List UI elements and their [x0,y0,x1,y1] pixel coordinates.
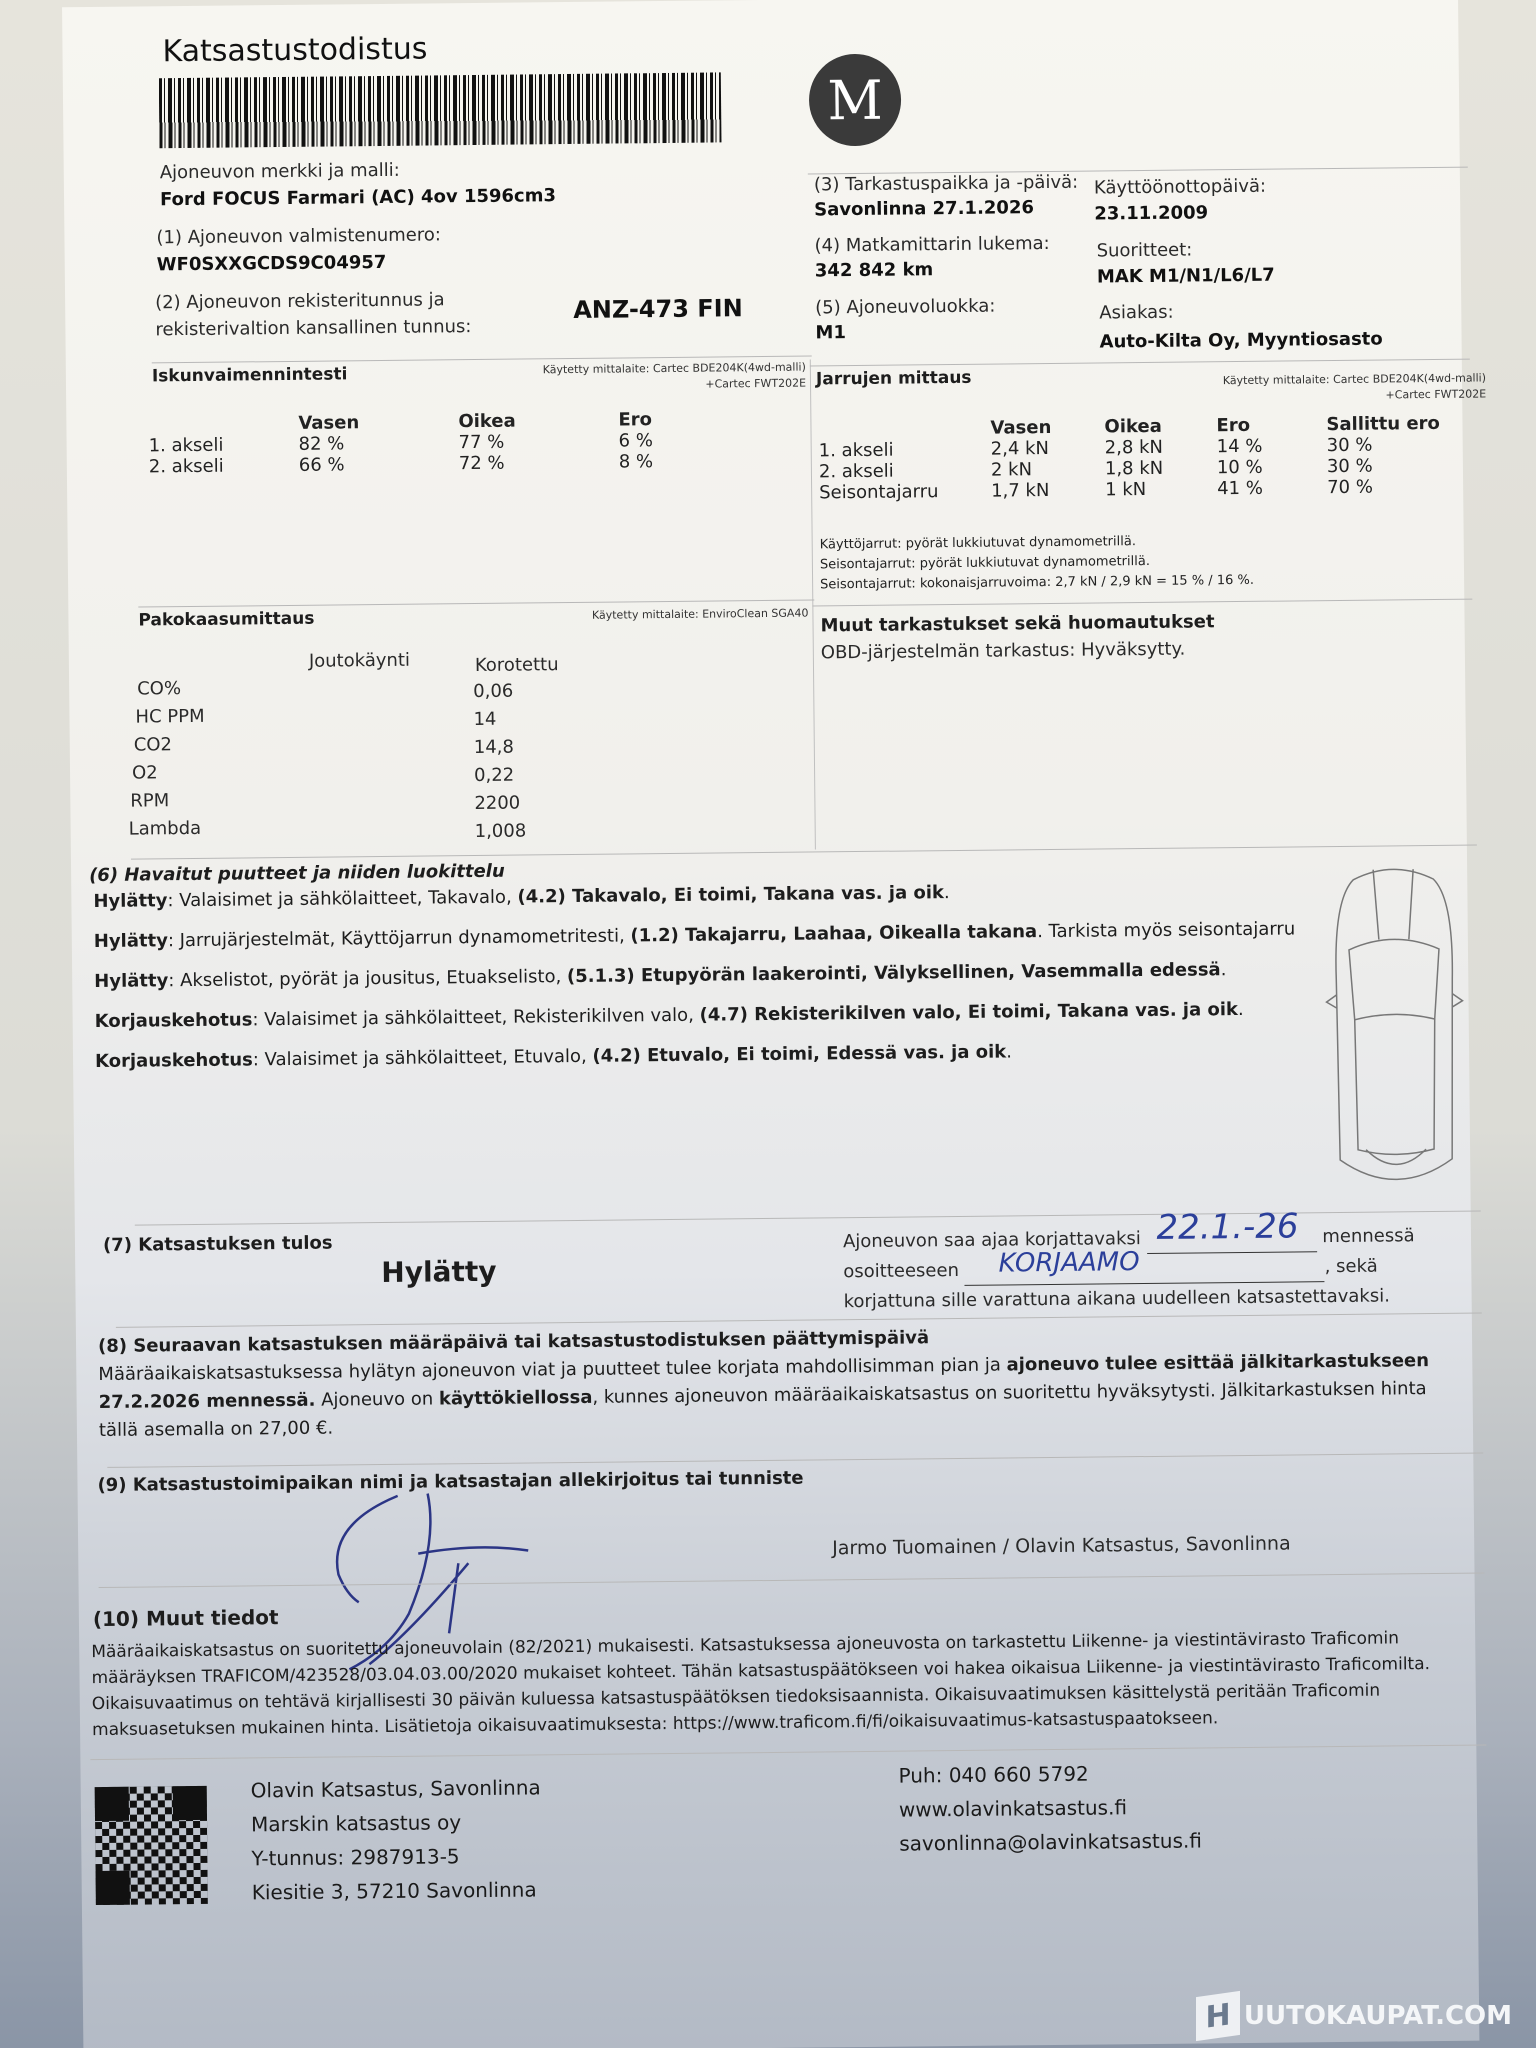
performed-value: MAK M1/N1/L6/L7 [1097,265,1275,288]
defects-section: (6) Havaitut puutteet ja niiden luokitte… [93,850,1295,1089]
first-use-label: Käyttöönottopäivä: [1094,176,1266,199]
defect-item: Hylätty: Akselistot, pyörät ja jousitus,… [94,957,1274,995]
phone: Puh: 040 660 5792 [898,1755,1201,1792]
brake-test-device: Käytetty mittalaite: Cartec BDE204K(4wd-… [1146,370,1486,406]
odometer-label: (4) Matkamittarin lukema: [814,233,1049,256]
next-inspection-section: (8) Seuraavan katsastuksen määräpäivä ta… [98,1319,1449,1445]
next-inspection-text: Määräaikaiskatsastuksessa hylätyn ajoneu… [98,1347,1449,1445]
result-title: (7) Katsastuksen tulos [103,1233,333,1256]
brake-notes: Käyttöjarrut: pyörät lukkiutuvat dynamom… [820,531,1254,596]
vin-value: WF0SXXGCDS9C04957 [157,252,387,275]
result-value: Hylätty [381,1255,497,1289]
make-model-label: Ajoneuvon merkki ja malli: [160,160,400,184]
handwritten-address: KORJAAMO [998,1247,1139,1278]
brake-test-table: Vasen Oikea Ero Sallittu ero 1. akseli 2… [818,413,1457,504]
website-link[interactable]: www.olavinkatsastus.fi [899,1789,1202,1826]
make-model-value: Ford FOCUS Farmari (AC) 4ov 1596cm3 [160,185,556,210]
other-checks-text: OBD-järjestelmän tarkastus: Hyväksytty. [821,639,1186,664]
shock-test-title: Iskunvaimennintesti [152,364,348,386]
other-info-text: Määräaikaiskatsastus on suoritettu ajone… [91,1625,1482,1744]
document-title: Katsastustodistus [162,31,427,69]
exhaust-device: Käytetty mittalaite: EnviroClean SGA40 [488,606,808,625]
defect-item: Korjauskehotus: Valaisimet ja sähkölaitt… [95,1036,1295,1075]
inspection-certificate: Katsastustodistus M Ajoneuvon merkki ja … [62,0,1479,2048]
other-info-title: (10) Muut tiedot [93,1605,279,1631]
brake-test-title: Jarrujen mittaus [816,368,972,390]
barcode [159,72,722,148]
defect-item: Hylätty: Jarrujärjestelmät, Käyttöjarrun… [94,916,1324,955]
defect-item: Korjauskehotus: Valaisimet ja sähkölaitt… [95,996,1325,1035]
footer-contact: Puh: 040 660 5792 www.olavinkatsastus.fi… [898,1755,1202,1860]
performed-label: Suoritteet: [1097,239,1193,261]
customer-label: Asiakas: [1099,302,1174,324]
first-use-value: 23.11.2009 [1094,202,1208,224]
watermark: H UUTOKAUPAT.COM [1196,1994,1512,2038]
odometer-value: 342 842 km [815,259,934,281]
col-raised: Korotettu [475,654,559,676]
other-checks-title: Muut tarkastukset sekä huomautukset [820,611,1214,636]
watermark-text: UUTOKAUPAT.COM [1244,2001,1512,2031]
reg-label-line1: (2) Ajoneuvon rekisteritunnus ja [155,289,445,313]
customer-value: Auto-Kilta Oy, Myyntiosasto [1099,328,1382,352]
email-link[interactable]: savonlinna@olavinkatsastus.fi [899,1823,1202,1860]
watermark-logo-icon: H [1196,1991,1240,2041]
vehicle-class-label: (5) Ajoneuvoluokka: [815,296,995,319]
drive-permission: Ajoneuvon saa ajaa korjattavaksi 22.1.-2… [843,1220,1484,1317]
shock-test-table: Vasen Oikea Ero 1. akseli 82 % 77 % 6 % … [148,408,719,477]
shock-test-device: Käytetty mittalaite: Cartec BDE204K(4wd-… [486,360,806,395]
exhaust-test-title: Pakokaasumittaus [138,609,314,631]
reg-label-line2: rekisterivaltion kansallinen tunnus: [155,316,471,340]
vehicle-class-value: M1 [815,322,846,343]
place-value: Savonlinna 27.1.2026 [814,197,1034,220]
company-logo: M [809,54,902,147]
footer-company: Olavin Katsastus, Savonlinna Marskin kat… [251,1770,542,1909]
car-diagram-icon [1323,859,1467,1200]
inspector-name: Jarmo Tuomainen / Olavin Katsastus, Savo… [832,1533,1291,1560]
table-row: Lambda1,008 [129,813,629,846]
vin-label: (1) Ajoneuvon valmistenumero: [156,224,441,248]
exhaust-rows: CO%0,06 HC PPM14 CO214,8 O20,22 RPM2200 … [127,673,629,846]
place-label: (3) Tarkastuspaikka ja -päivä: [814,172,1078,196]
handwritten-date: 22.1.-26 [1156,1211,1298,1242]
qr-code [95,1786,208,1905]
registration-number: ANZ-473 FIN [573,294,743,324]
col-idle: Joutokäynti [309,650,410,672]
